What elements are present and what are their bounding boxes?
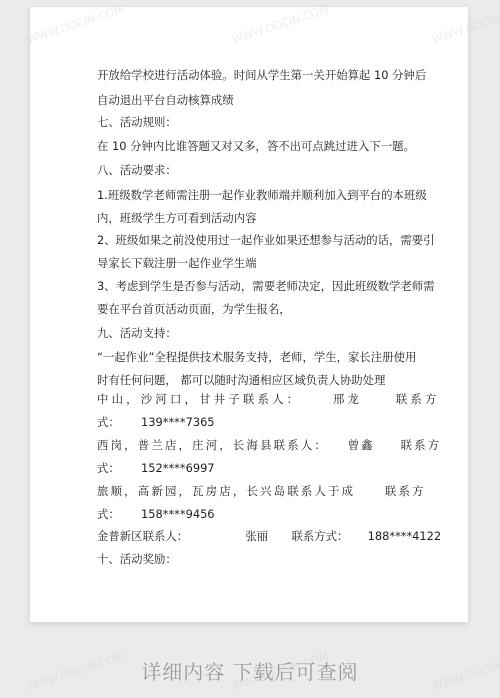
text-line: “一起作业”全程提供技术服务支持，老师，学生，家长注册使用	[97, 350, 427, 364]
download-prompt: 详细内容 下载后可查阅	[0, 656, 500, 685]
contact-phone: 188****4122	[368, 529, 442, 543]
contact-row: 西岗，普兰店，庄河，长海县联系人： 曾鑫 联系方	[97, 438, 427, 452]
contact-area: 中山，沙河口，甘井子联系人：	[97, 392, 301, 406]
contact-row: 金普新区联系人： 张丽 联系方式： 188****4122	[97, 529, 427, 543]
contact-row: 中山，沙河口，甘井子联系人： 邢龙 联系方	[97, 392, 427, 406]
text-line: 内，班级学生方可看到活动内容	[97, 211, 427, 225]
text-line: 要在平台首页活动页面，为学生报名，	[97, 302, 427, 316]
contact-phone: 158****9456	[141, 507, 215, 521]
text-line: 时有任何问题， 都可以随时沟通相应区域负责人协助处理	[97, 373, 427, 387]
text-line: 1.班级数学老师需注册一起作业教师端并顺利加入到平台的本班级	[97, 188, 427, 202]
contact-label: 联系方	[396, 392, 440, 406]
contact-phone: 152****6997	[141, 461, 215, 475]
section-heading: 八、活动要求：	[97, 163, 427, 177]
contact-area: 旅顺，高新园，瓦房店，长兴岛联系人于成	[97, 484, 355, 498]
document-page: 开放给学校进行活动体验。时间从学生第一关开始算起 10 分钟后 自动退出平台自动…	[30, 7, 468, 622]
contact-label: 联系方	[385, 484, 426, 498]
text-line: 导家长下载注册一起作业学生端	[97, 256, 427, 270]
contact-label: 联系方式：	[291, 529, 348, 543]
contact-name: 张丽	[245, 529, 268, 543]
contact-row: 旅顺，高新园，瓦房店，长兴岛联系人于成 联系方	[97, 484, 427, 498]
contact-label: 联系方	[401, 438, 442, 452]
text-line: 2、班级如果之前没使用过一起作业如果还想参与活动的话，需要引	[97, 233, 427, 247]
contact-area: 金普新区联系人：	[97, 529, 188, 543]
contact-phone-row: 式： 158****9456	[97, 507, 427, 521]
section-heading: 七、活动规则：	[97, 115, 427, 129]
section-heading: 十、活动奖励：	[97, 552, 427, 566]
section-heading: 九、活动支持：	[97, 326, 427, 340]
contact-label: 式：	[97, 461, 120, 475]
contact-name: 邢龙	[333, 392, 362, 406]
text-line: 自动退出平台自动核算成绩	[97, 93, 427, 107]
contact-phone-row: 式： 139****7365	[97, 415, 427, 429]
contact-phone: 139****7365	[141, 415, 215, 429]
contact-name: 曾鑫	[348, 438, 375, 452]
contact-label: 式：	[97, 507, 120, 521]
text-line: 在 10 分钟内比谁答题又对又多，答不出可点跳过进入下一题。	[97, 139, 427, 153]
text-line: 开放给学校进行活动体验。时间从学生第一关开始算起 10 分钟后	[97, 68, 427, 82]
contact-label: 式：	[97, 415, 120, 429]
contact-area: 西岗，普兰店，庄河，长海县联系人：	[97, 438, 328, 452]
contact-phone-row: 式： 152****6997	[97, 461, 427, 475]
text-line: 3、考虑到学生是否参与活动，需要老师决定，因此班级数学老师需	[97, 279, 427, 293]
